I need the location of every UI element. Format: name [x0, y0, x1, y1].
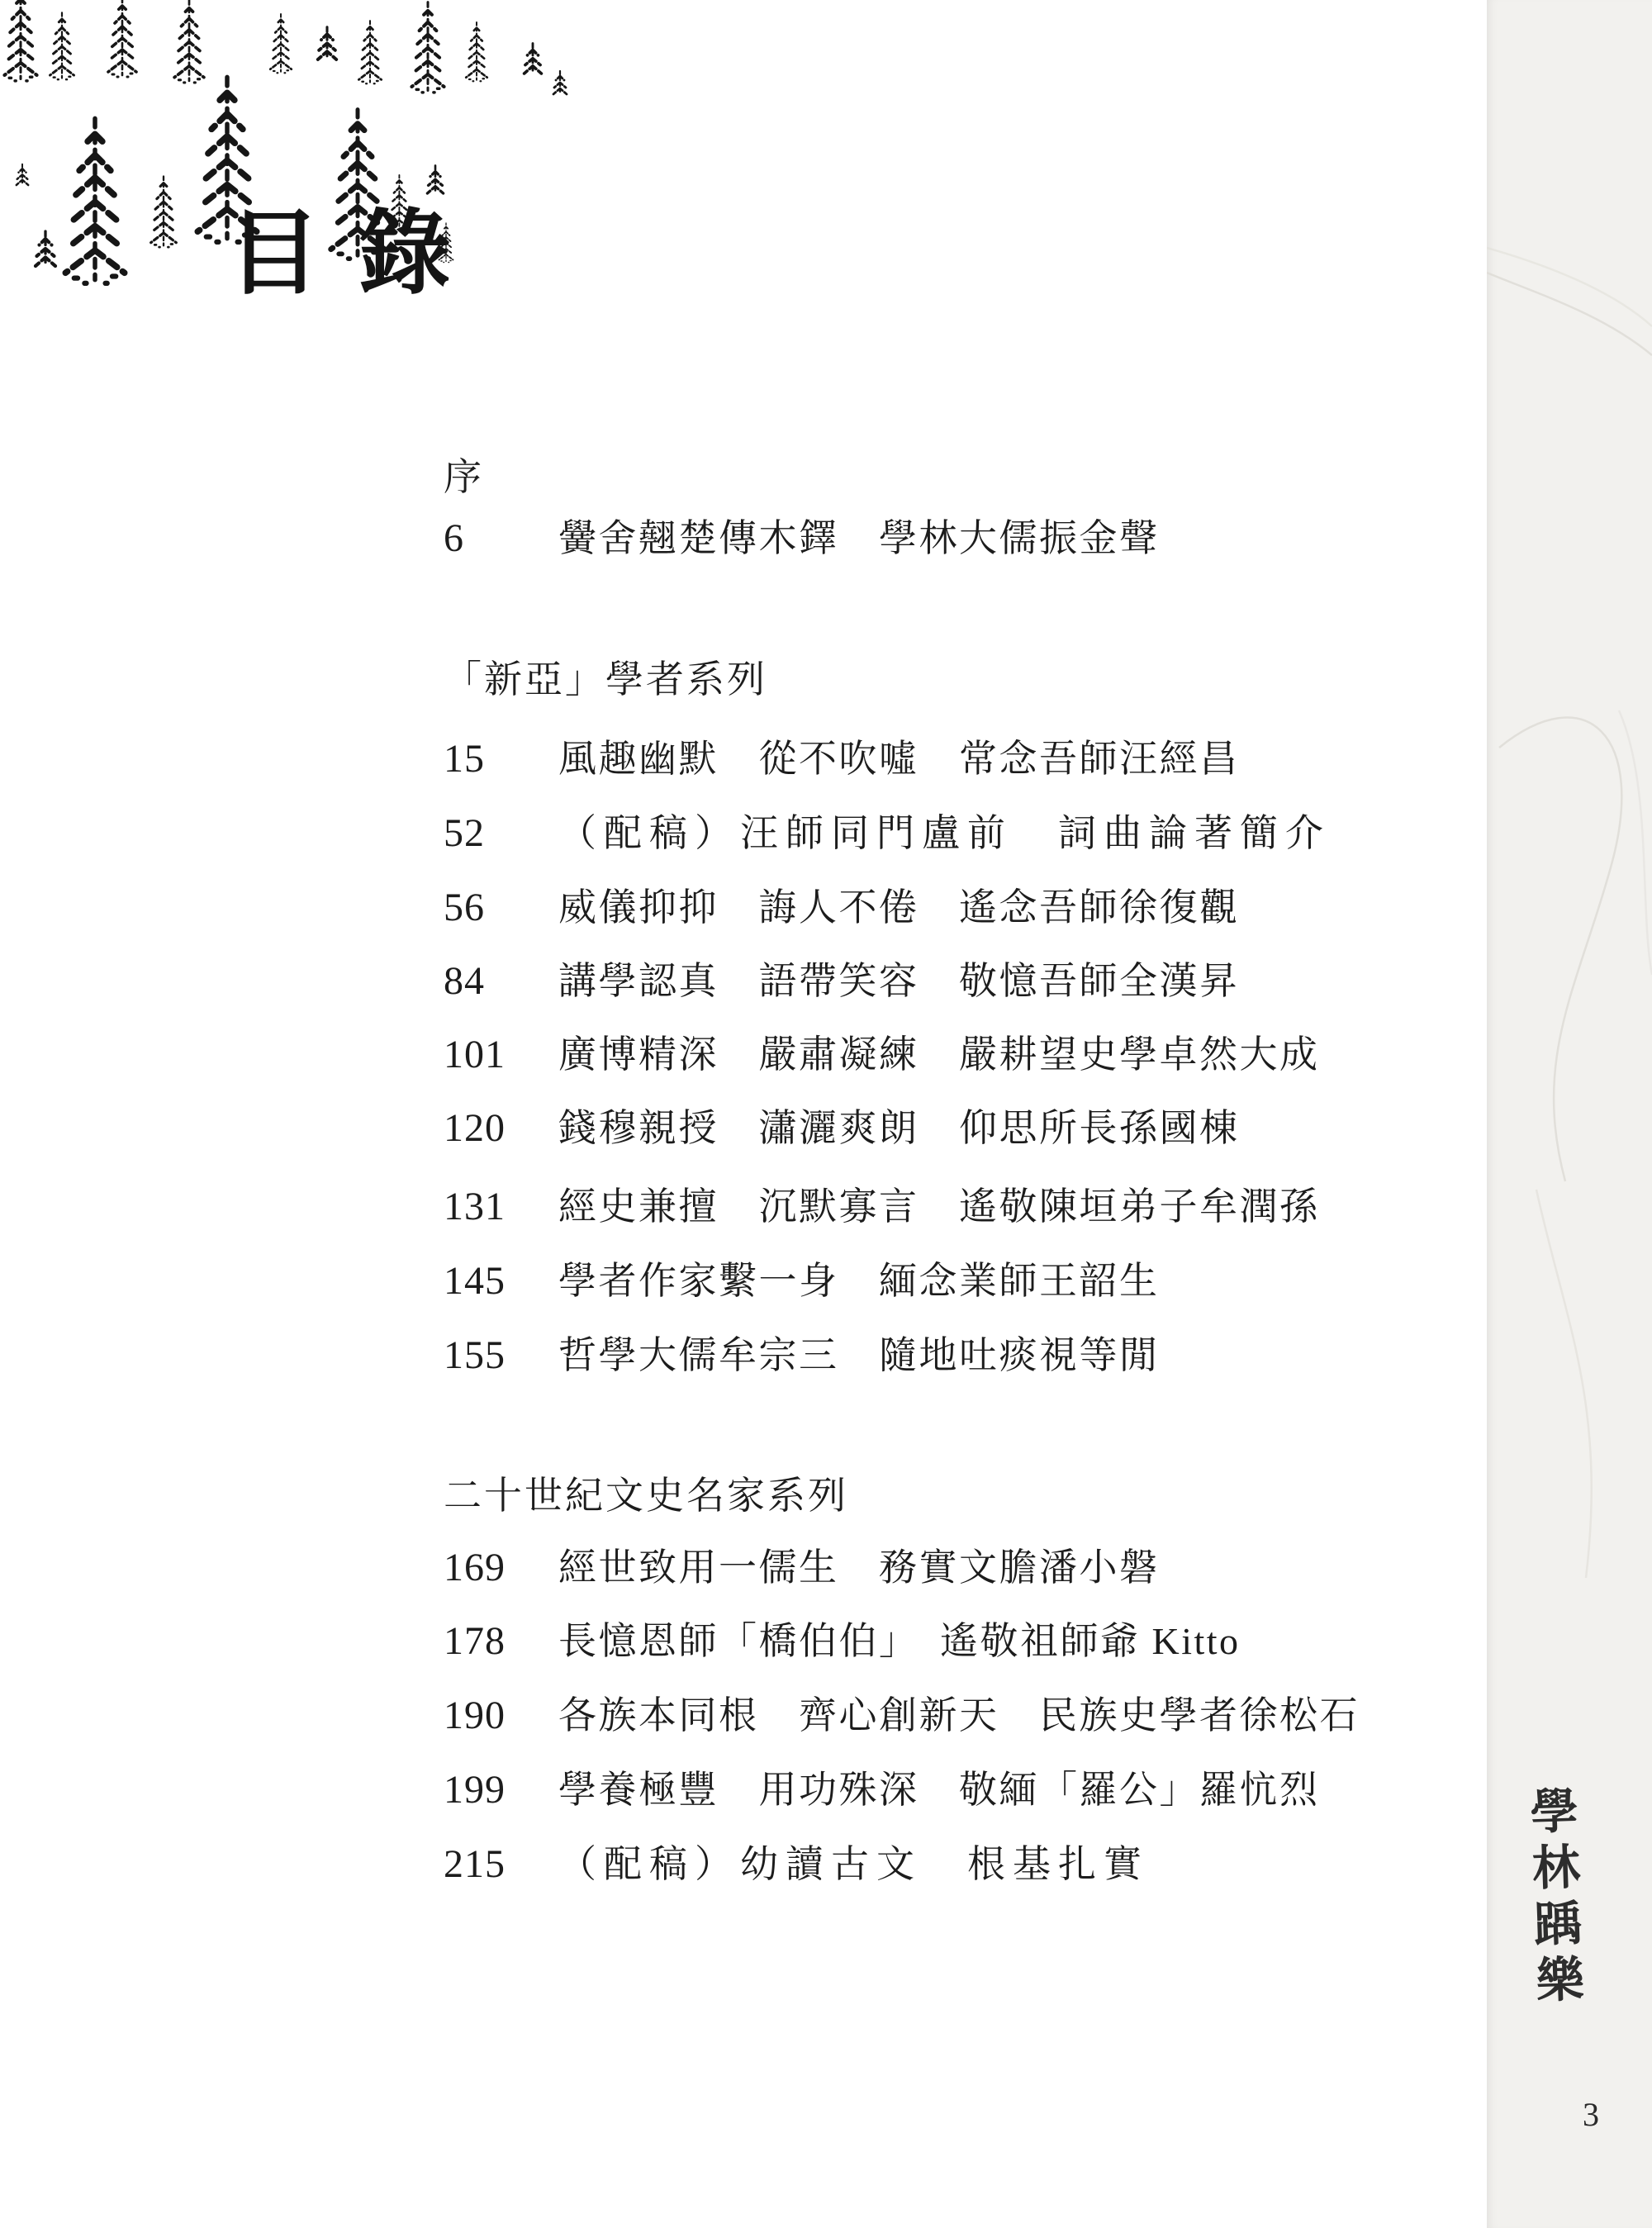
toc-entry-title: 講學認真 語帶笑容 敬憶吾師全漢昇	[558, 960, 1240, 1002]
toc-entry-page-number: 169	[444, 1548, 558, 1588]
toc-entry: 155哲學大儒牟宗三 隨地吐痰視等閒	[444, 1336, 1160, 1375]
toc-entry-title: 黌舍翹楚傳木鐸 學林大儒振金聲	[558, 517, 1160, 559]
toc-entry: 199學養極豐 用功殊深 敬緬「羅公」羅忼烈	[444, 1770, 1320, 1810]
margin-calligraphy-book-title: 學林踽樂	[1519, 1785, 1588, 2043]
toc-entry-title: 經世致用一儒生 務實文膽潘小磐	[558, 1546, 1160, 1589]
toc-entry-page-number: 199	[444, 1770, 558, 1810]
toc-entry-page-number: 101	[444, 1035, 558, 1075]
toc-entry-page-number: 155	[444, 1336, 558, 1375]
toc-entry-page-number: 215	[444, 1845, 558, 1884]
toc-entry-title: 長憶恩師「橋伯伯」 遙敬祖師爺 Kitto	[558, 1620, 1241, 1662]
toc-entry-title: 廣博精深 嚴肅凝練 嚴耕望史學卓然大成	[558, 1033, 1320, 1076]
toc-entry-page-number: 52	[444, 814, 558, 853]
toc-entry: 120錢穆親授 瀟灑爽朗 仰思所長孫國棟	[444, 1109, 1240, 1148]
toc-entry-page-number: 6	[444, 519, 558, 558]
toc-entry: 56威儀抑抑 誨人不倦 遙念吾師徐復觀	[444, 888, 1240, 928]
toc-entry-title: （配稿）汪師同門盧前 詞曲論著簡介	[558, 812, 1331, 854]
toc-entry-title: 經史兼擅 沉默寡言 遙敬陳垣弟子牟潤孫	[558, 1185, 1320, 1228]
toc-entry-page-number: 120	[444, 1109, 558, 1148]
toc-entry: 6黌舍翹楚傳木鐸 學林大儒振金聲	[444, 519, 1160, 558]
section-heading-new-asia-scholars: 「新亞」學者系列	[444, 661, 767, 699]
toc-entry-title: 風趣幽默 從不吹噓 常念吾師汪經昌	[558, 738, 1240, 780]
toc-entry: 215（配稿）幼讀古文 根基扎實	[444, 1845, 1149, 1884]
toc-entry: 101廣博精深 嚴肅凝練 嚴耕望史學卓然大成	[444, 1035, 1320, 1075]
toc-entry: 84講學認真 語帶笑容 敬憶吾師全漢昇	[444, 962, 1240, 1001]
toc-entry: 190各族本同根 齊心創新天 民族史學者徐松石	[444, 1696, 1360, 1736]
toc-entry-page-number: 15	[444, 739, 558, 779]
toc-entry-title: 學者作家繫一身 緬念業師王韶生	[558, 1260, 1160, 1302]
toc-entry-title: 威儀抑抑 誨人不倦 遙念吾師徐復觀	[558, 886, 1240, 929]
toc-entry: 15風趣幽默 從不吹噓 常念吾師汪經昌	[444, 739, 1240, 779]
folio-page-number: 3	[1583, 2095, 1599, 2134]
toc-entry-title: 學養極豐 用功殊深 敬緬「羅公」羅忼烈	[558, 1769, 1320, 1811]
toc-entry-page-number: 178	[444, 1622, 558, 1661]
toc-entry-title: 哲學大儒牟宗三 隨地吐痰視等閒	[558, 1334, 1160, 1376]
book-toc-page: 目錄 序 6黌舍翹楚傳木鐸 學林大儒振金聲 「新亞」學者系列 15風趣幽默 從不…	[0, 0, 1652, 2228]
toc-entry: 178長憶恩師「橋伯伯」 遙敬祖師爺 Kitto	[444, 1622, 1241, 1661]
toc-entry-page-number: 131	[444, 1187, 558, 1227]
section-heading-preface: 序	[444, 458, 484, 496]
toc-entry-page-number: 145	[444, 1261, 558, 1301]
toc-entry-title: 各族本同根 齊心創新天 民族史學者徐松石	[558, 1694, 1360, 1736]
section-heading-20th-century-masters: 二十世紀文史名家系列	[444, 1477, 848, 1515]
toc-entry-title: 錢穆親授 瀟灑爽朗 仰思所長孫國棟	[558, 1107, 1240, 1149]
toc-entry: 145學者作家繫一身 緬念業師王韶生	[444, 1261, 1160, 1301]
toc-entry-page-number: 84	[444, 962, 558, 1001]
toc-entry-page-number: 190	[444, 1696, 558, 1736]
toc-entry: 131經史兼擅 沉默寡言 遙敬陳垣弟子牟潤孫	[444, 1187, 1320, 1227]
page-title: 目錄	[228, 208, 489, 301]
toc-entry: 52（配稿）汪師同門盧前 詞曲論著簡介	[444, 814, 1331, 853]
toc-entry-title: （配稿）幼讀古文 根基扎實	[558, 1843, 1149, 1885]
toc-entry-page-number: 56	[444, 888, 558, 928]
toc-entry: 169經世致用一儒生 務實文膽潘小磐	[444, 1548, 1160, 1588]
